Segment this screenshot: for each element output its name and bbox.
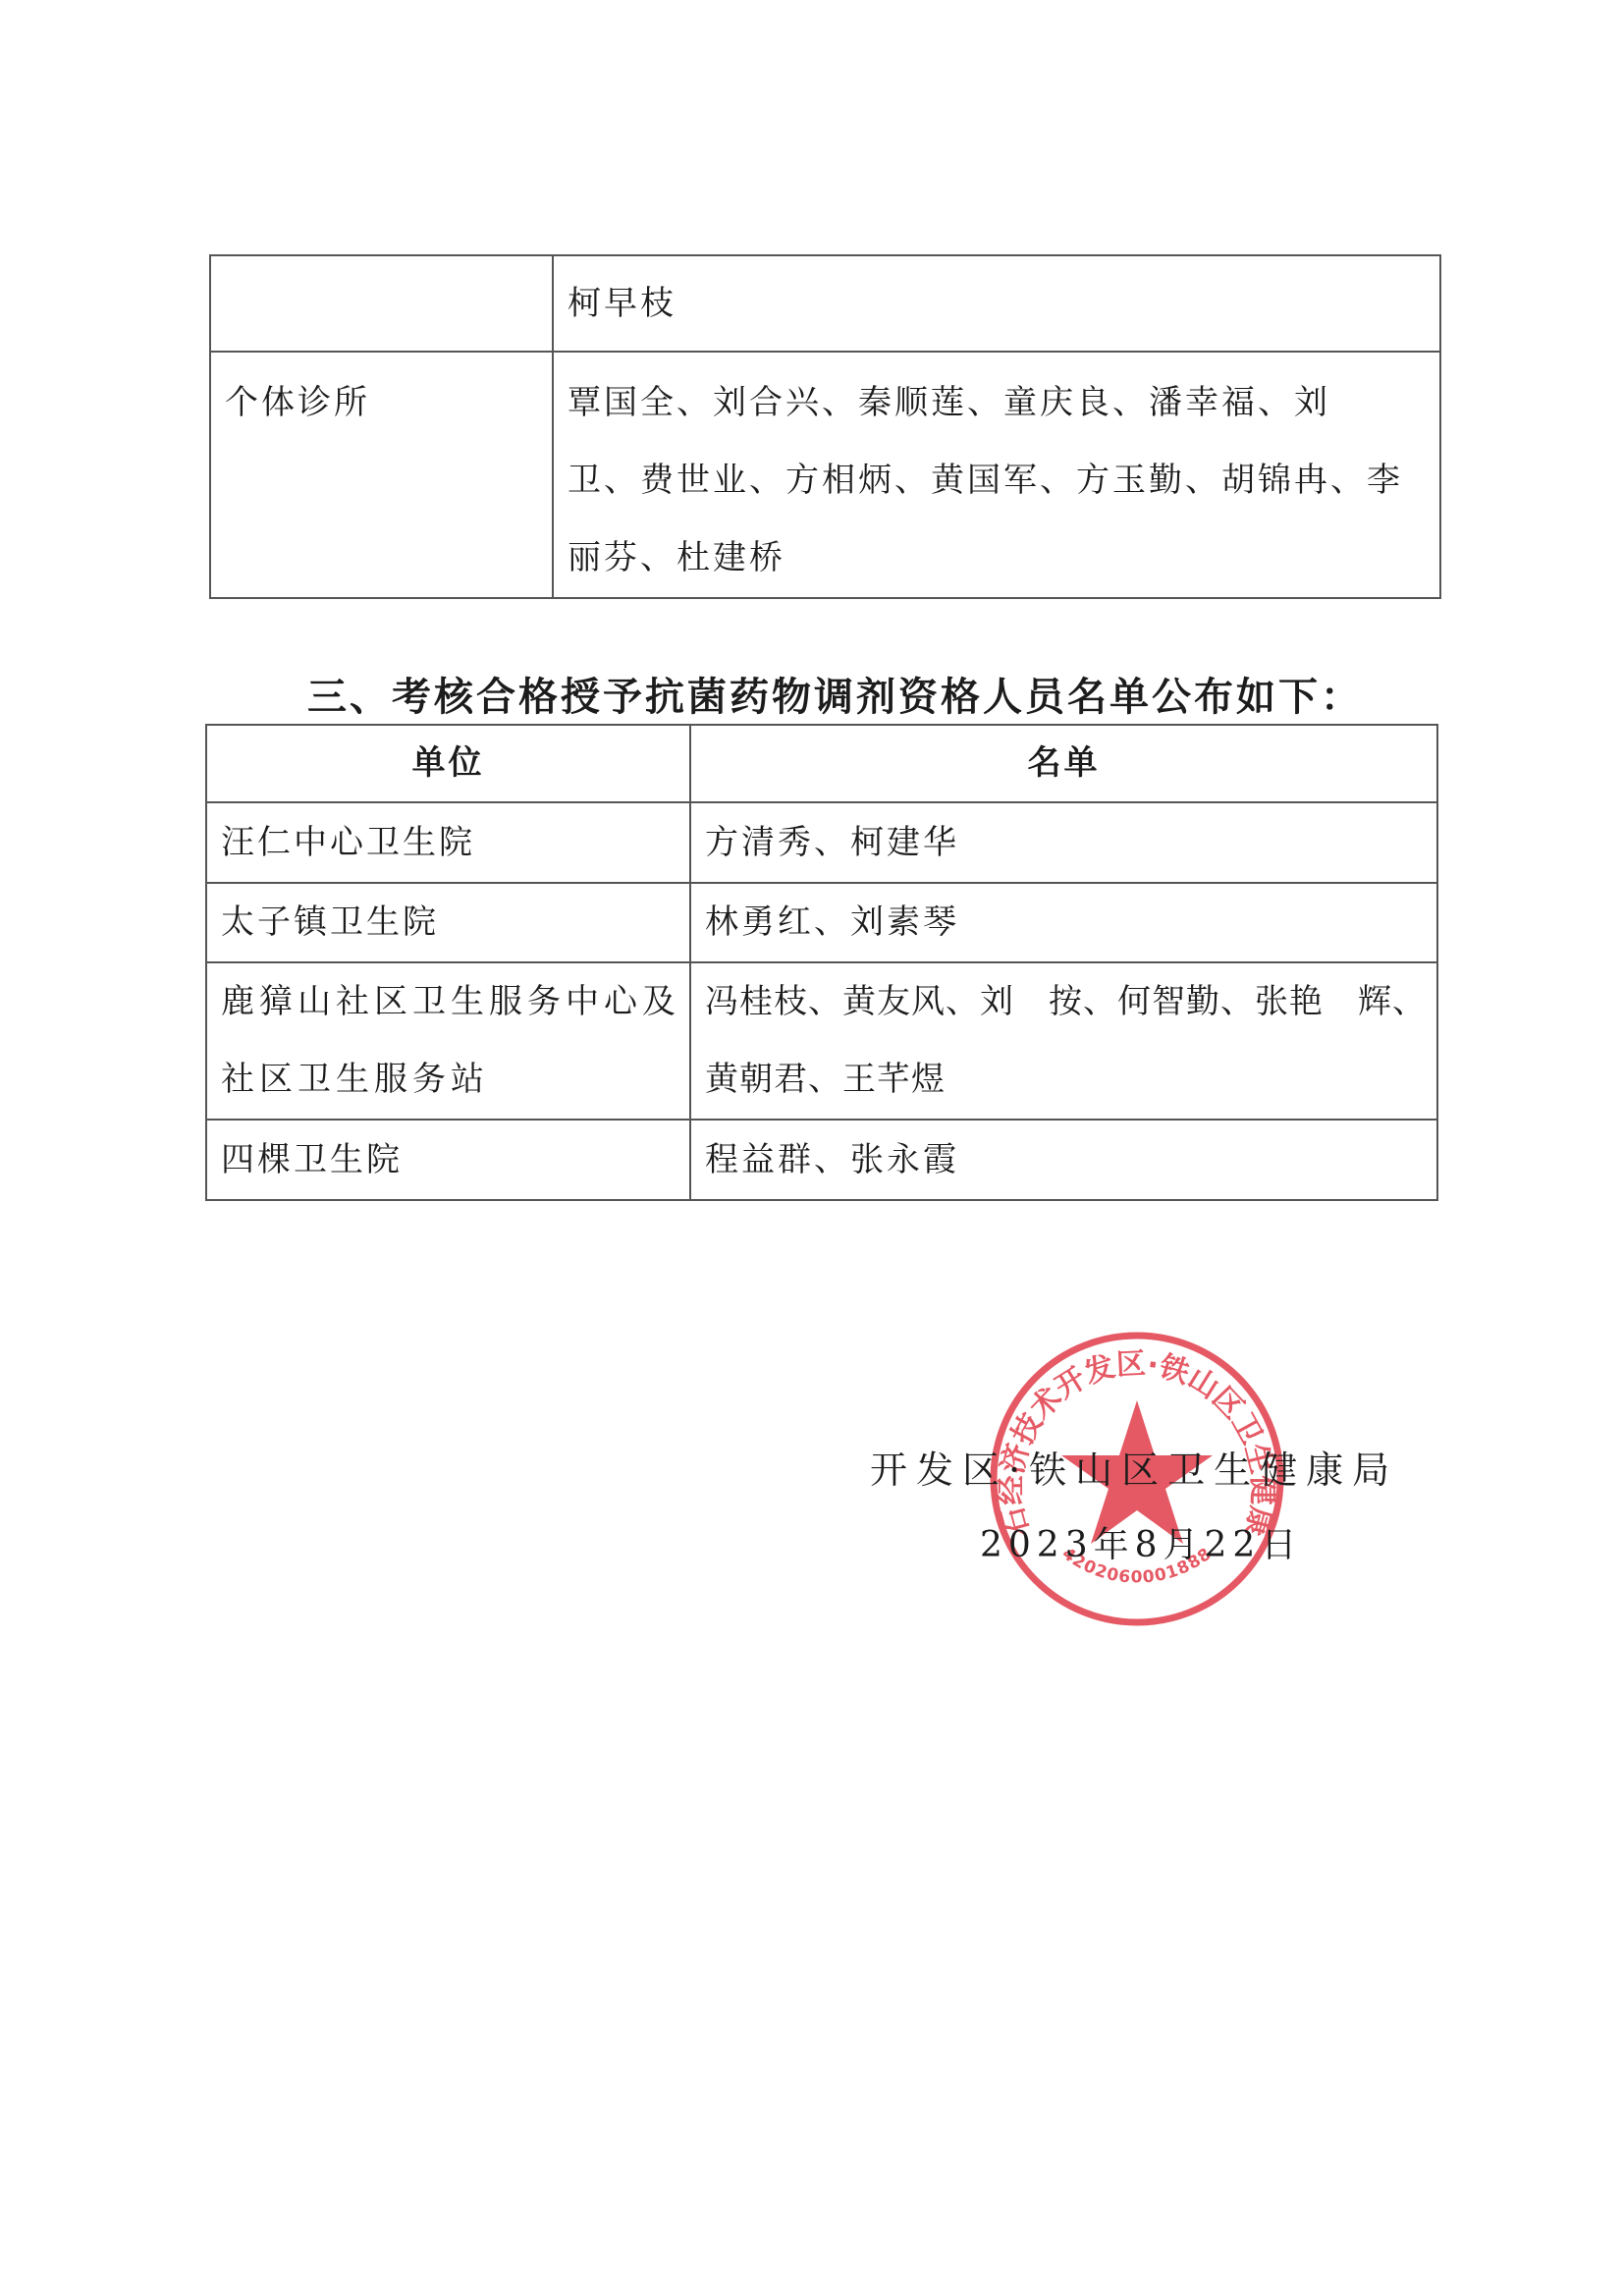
unit-cell (210, 255, 553, 352)
issuer-signature: 开发区·铁山区卫生健康局 (870, 1440, 1398, 1494)
table-row: 鹿獐山社区卫生服务中心及社区卫生服务站 冯桂枝、黄友风、刘 按、何智勤、张艳 辉… (206, 962, 1437, 1120)
header-names: 名单 (690, 725, 1437, 802)
names-cell: 柯早枝 (553, 255, 1440, 352)
unit-cell: 太子镇卫生院 (206, 883, 690, 962)
unit-cell: 四棵卫生院 (206, 1120, 690, 1200)
qualified-staff-table: 单位 名单 汪仁中心卫生院 方清秀、柯建华 太子镇卫生院 林勇红、刘素琴 鹿獐山… (205, 724, 1438, 1201)
table-row: 汪仁中心卫生院 方清秀、柯建华 (206, 802, 1437, 883)
unit-cell: 个体诊所 (210, 352, 553, 598)
unit-cell: 鹿獐山社区卫生服务中心及社区卫生服务站 (206, 962, 690, 1120)
unit-cell: 汪仁中心卫生院 (206, 802, 690, 883)
header-unit: 单位 (206, 725, 690, 802)
table-row: 柯早枝 (210, 255, 1440, 352)
table-row: 四棵卫生院 程益群、张永霞 (206, 1120, 1437, 1200)
names-cell: 程益群、张永霞 (690, 1120, 1437, 1200)
table-row: 太子镇卫生院 林勇红、刘素琴 (206, 883, 1437, 962)
names-cell: 方清秀、柯建华 (690, 802, 1437, 883)
issue-date: 2023年8月22日 (980, 1517, 1302, 1567)
names-cell: 冯桂枝、黄友风、刘 按、何智勤、张艳 辉、黄朝君、王芊煜 (690, 962, 1437, 1120)
table-continued: 柯早枝 个体诊所 覃国全、刘合兴、秦顺莲、童庆良、潘幸福、刘 卫、费世业、方相炳… (209, 254, 1441, 599)
section-title: 三、考核合格授予抗菌药物调剂资格人员名单公布如下： (307, 666, 1363, 722)
table-header-row: 单位 名单 (206, 725, 1437, 802)
table-row: 个体诊所 覃国全、刘合兴、秦顺莲、童庆良、潘幸福、刘 卫、费世业、方相炳、黄国军… (210, 352, 1440, 598)
names-cell: 林勇红、刘素琴 (690, 883, 1437, 962)
names-cell: 覃国全、刘合兴、秦顺莲、童庆良、潘幸福、刘 卫、费世业、方相炳、黄国军、方玉勤、… (553, 352, 1440, 598)
svg-text:黄石经济技术开发区·铁山区卫生健康局: 黄石经济技术开发区·铁山区卫生健康局 (988, 1330, 1279, 1540)
